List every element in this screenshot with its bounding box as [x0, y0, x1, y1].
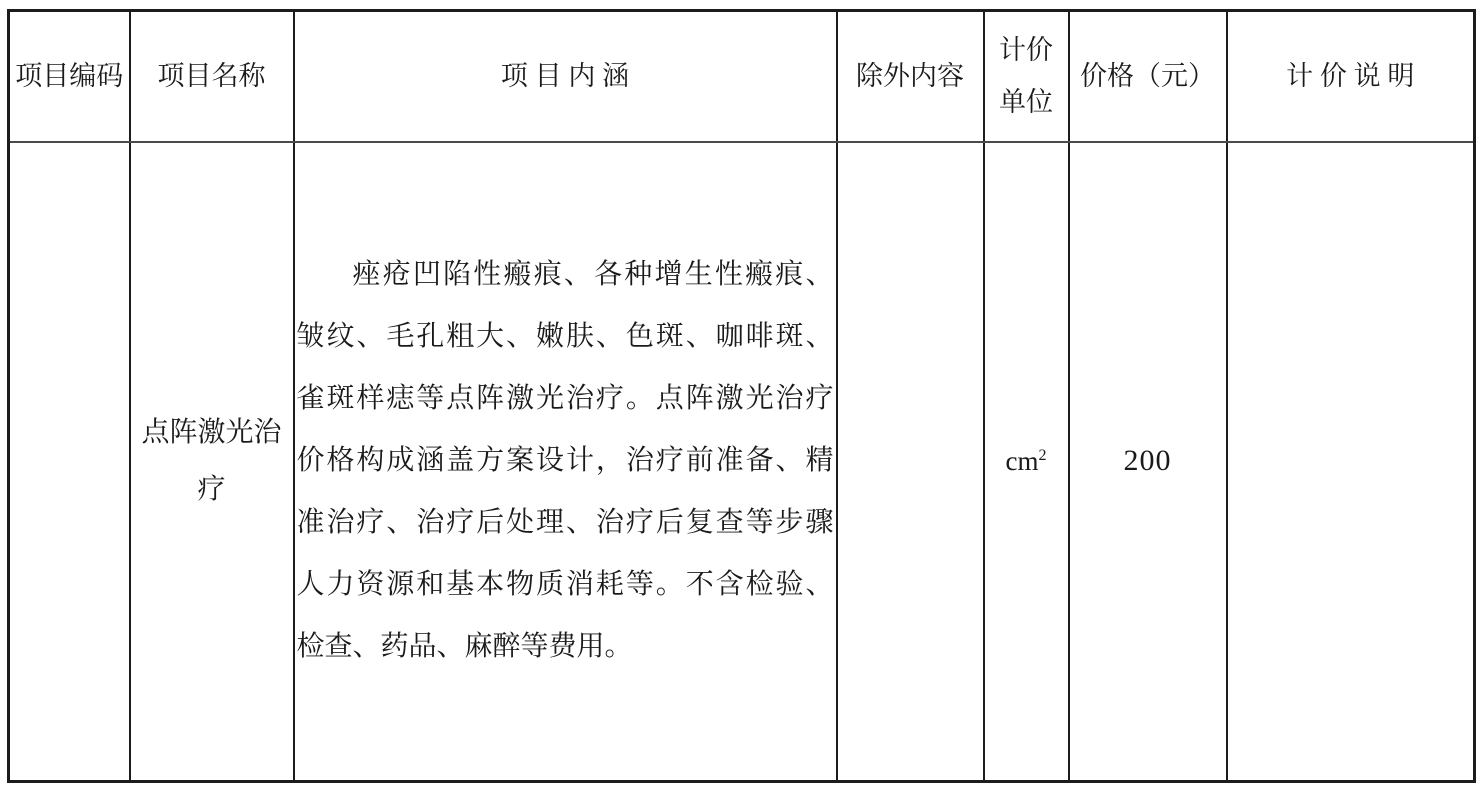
cell-price: 200	[1069, 142, 1227, 782]
header-pricing-note: 计 价 说 明	[1227, 11, 1475, 142]
cell-project-name: 点阵激光治疗	[130, 142, 294, 782]
unit-base: cm	[1006, 446, 1039, 476]
header-project-name: 项目名称	[130, 11, 294, 142]
content-line: 痤疮凹陷性瘢痕、各种增生性瘢痕、	[297, 244, 834, 306]
cell-excluded-content	[837, 142, 984, 782]
content-line: 准治疗、治疗后处理、治疗后复查等步骤	[297, 492, 834, 554]
document-page: 项目编码 项目名称 项 目 内 涵 除外内容 计价单位 价格（元） 计 价 说 …	[0, 0, 1480, 789]
pricing-table: 项目编码 项目名称 项 目 内 涵 除外内容 计价单位 价格（元） 计 价 说 …	[7, 9, 1476, 783]
header-excluded-content: 除外内容	[837, 11, 984, 142]
content-line: 检查、药品、麻醉等费用。	[297, 616, 834, 678]
cell-project-code	[9, 142, 130, 782]
content-line: 皱纹、毛孔粗大、嫩肤、色斑、咖啡斑、	[297, 306, 834, 368]
header-pricing-unit: 计价单位	[984, 11, 1069, 142]
unit-exponent: 2	[1039, 447, 1047, 464]
table-row: 点阵激光治疗 痤疮凹陷性瘢痕、各种增生性瘢痕、 皱纹、毛孔粗大、嫩肤、色斑、咖啡…	[9, 142, 1475, 782]
cell-pricing-note	[1227, 142, 1475, 782]
header-project-content: 项 目 内 涵	[294, 11, 837, 142]
content-line: 人力资源和基本物质消耗等。不含检验、	[297, 554, 834, 616]
header-price-yuan: 价格（元）	[1069, 11, 1227, 142]
header-project-code: 项目编码	[9, 11, 130, 142]
cell-project-content: 痤疮凹陷性瘢痕、各种增生性瘢痕、 皱纹、毛孔粗大、嫩肤、色斑、咖啡斑、 雀斑样痣…	[294, 142, 837, 782]
content-line: 雀斑样痣等点阵激光治疗。点阵激光治疗	[297, 368, 834, 430]
content-line: 价格构成涵盖方案设计，治疗前准备、精	[297, 430, 834, 492]
table-header-row: 项目编码 项目名称 项 目 内 涵 除外内容 计价单位 价格（元） 计 价 说 …	[9, 11, 1475, 142]
cell-pricing-unit: cm2	[984, 142, 1069, 782]
